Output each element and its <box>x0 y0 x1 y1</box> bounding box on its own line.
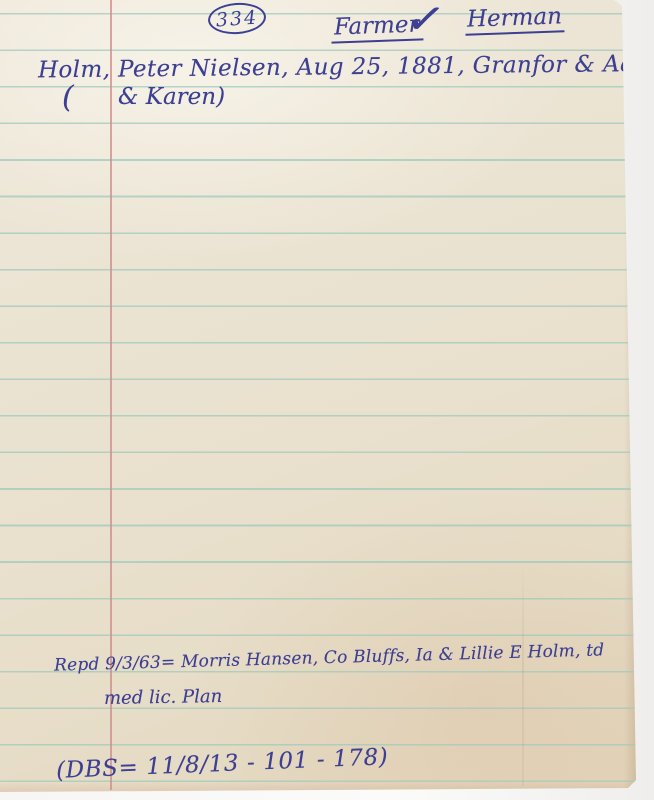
paper-crease <box>522 560 524 786</box>
spouse-note: & Karen) <box>118 84 225 110</box>
name-annotation: Herman <box>465 3 565 35</box>
scanned-document-view: { "page": { "badge": { "number": "334" }… <box>0 0 654 800</box>
notebook-page: 334 Farmer ✓ Herman Holm, Peter Nielsen,… <box>0 0 640 796</box>
page-number: 334 <box>215 6 259 31</box>
license-note: med lic. Plan <box>104 686 223 709</box>
scanner-bed: 334 Farmer ✓ Herman Holm, Peter Nielsen,… <box>0 0 654 800</box>
open-paren: ( <box>62 80 74 115</box>
